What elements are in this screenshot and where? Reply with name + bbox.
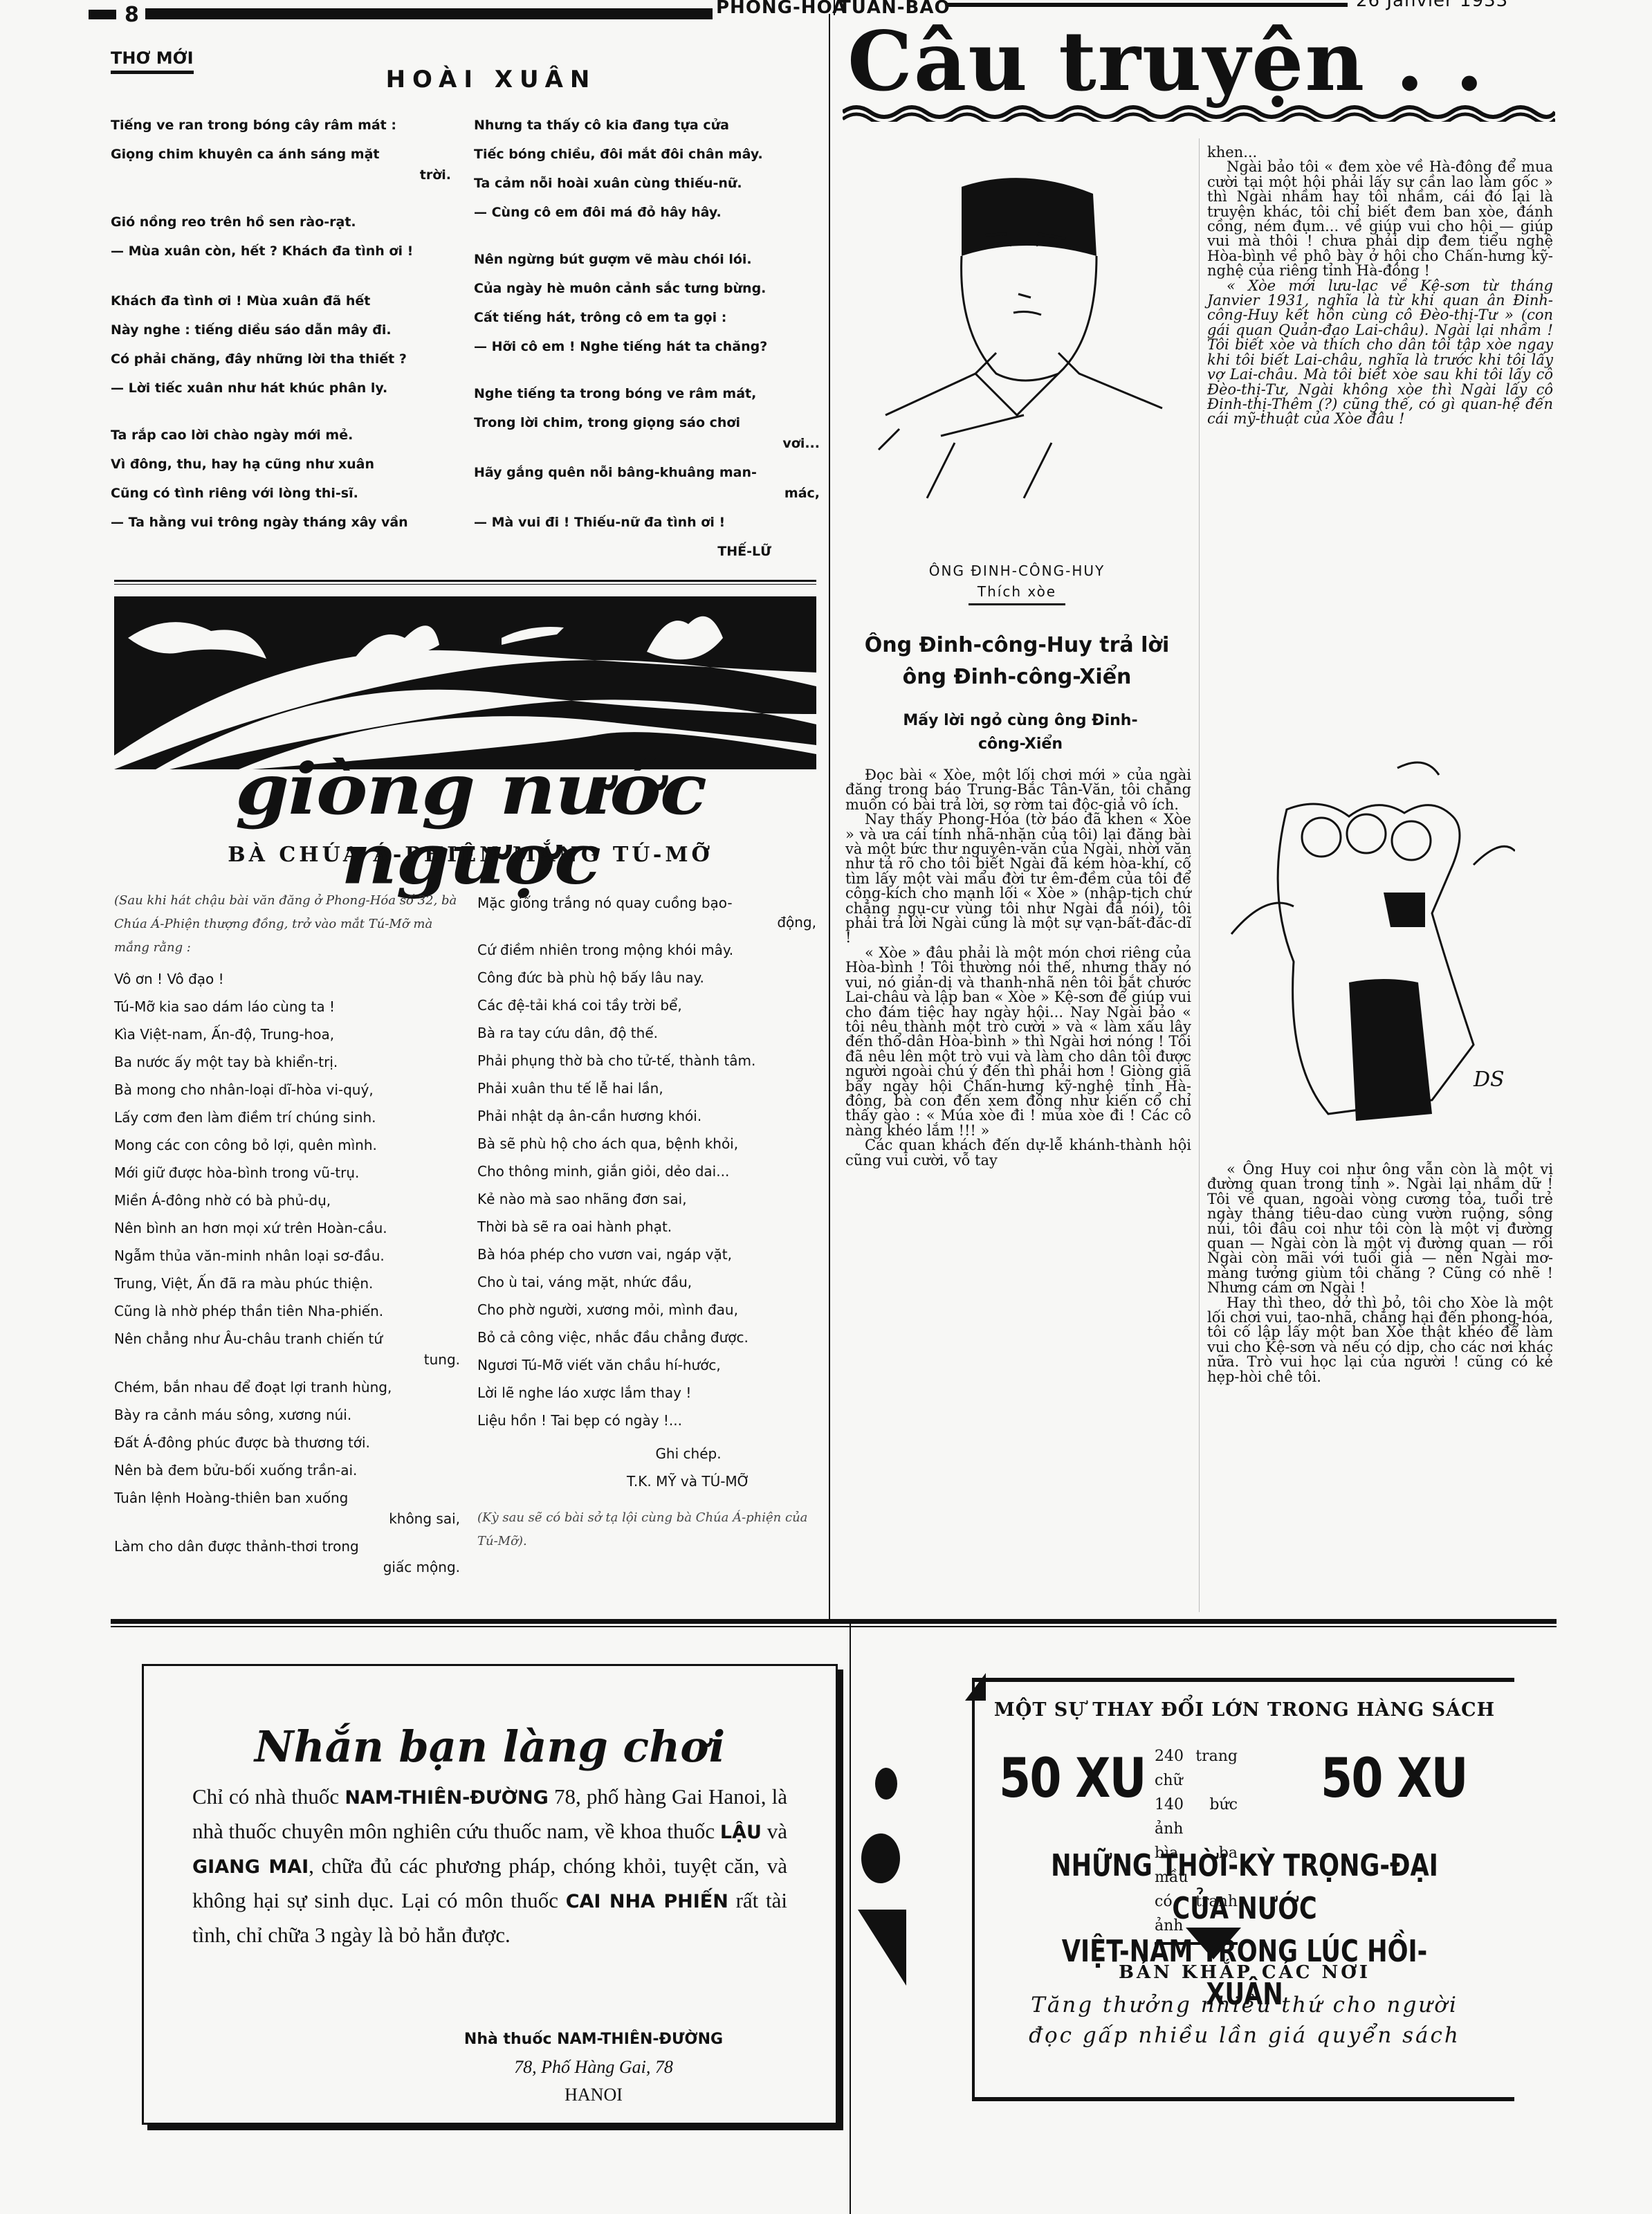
stanza: Ta rắp cao lời chào ngày mới mẻ. Vì đông…	[111, 421, 451, 537]
verse-line: — Hỡi cô em ! Nghe tiếng hát ta chăng?	[474, 332, 820, 361]
column-divider-thin	[1199, 138, 1200, 1612]
ad-text: và	[762, 1819, 787, 1843]
banner-illustration-waves	[114, 596, 816, 769]
ad-pharmacy: Nhắn bạn làng chơi Chỉ có nhà thuốc NAM-…	[142, 1664, 838, 2125]
ad-book-bonus-line2: đọc gấp nhiều lần giá quyển sách	[975, 2020, 1514, 2051]
paragraph: « Xòe » đâu phải là một món chơi riêng c…	[845, 946, 1191, 1138]
verse-line: — Cùng cô em đôi má đỏ hây hây.	[474, 198, 820, 227]
paragraph: « Ông Huy coi như ông vẫn còn là một vị …	[1207, 1162, 1553, 1296]
verse-line: Phải xuân thu tế lễ hai lần,	[477, 1074, 816, 1102]
closing-note: (Kỳ sau sẽ có bài sở tạ lội cùng bà Chúa…	[477, 1506, 816, 1553]
article-column-2: khen... Ngài bảo tôi « đem xòe về Hà-đôn…	[1207, 145, 1553, 427]
credit-authors: T.K. MỸ và TÚ-MỠ	[477, 1467, 816, 1495]
spec-line: 240 trang chữ	[1155, 1744, 1238, 1793]
verse-line: Lời lẽ nghe láo xược lắm thay !	[477, 1379, 816, 1407]
ad-text-bold: LẬU	[720, 1822, 762, 1843]
column-subtitle: BÀ CHÚA Á-PHIỆN MẮNG TÚ-MỠ	[194, 843, 747, 867]
stanza: Tiếng ve ran trong bóng cây râm mát : Gi…	[111, 111, 451, 190]
ad-pharmacy-title: Nhắn bạn làng chơi	[144, 1721, 836, 1772]
verse-line: Lấy cơm đen làm điềm trí chúng sinh.	[114, 1104, 460, 1131]
verse-line: Đất Á-đông phúc được bà thương tới.	[114, 1429, 460, 1456]
ad-book-bonus-line1: Tăng thưởng nhiều thứ cho người	[975, 1990, 1514, 2020]
circle-ornament-icon	[861, 1833, 900, 1883]
down-triangle-icon	[1186, 1928, 1241, 1959]
poem-author: THẾ-LỮ	[474, 537, 820, 566]
verse-line: Bỏ cả công việc, nhắc đầu chẳng được.	[477, 1324, 816, 1351]
masthead-bar-left-stub	[89, 10, 116, 19]
verse-line: Mong các con công bỏ lợi, quên mình.	[114, 1131, 460, 1159]
stanza: Nghe tiếng ta trong bóng ve râm mát, Tro…	[474, 379, 820, 566]
verse-line: Vô ơn ! Vô đạo !	[114, 965, 460, 993]
ad-pharmacy-city: HANOI	[455, 2081, 732, 2109]
caption-rule	[969, 603, 1065, 605]
ad-pharmacy-signature: Nhà thuốc NAM-THIÊN-ĐƯỜNG 78, Phố Hàng G…	[455, 2026, 732, 2109]
ad-text-bold: CAI NHA PHIẾN	[566, 1891, 728, 1912]
verse-line: Chém, bắn nhau để đoạt lợi tranh hùng,	[114, 1373, 460, 1401]
verse-line: Bà ra tay cứu dân, độ thế.	[477, 1019, 816, 1047]
article-title: Ông Đinh-công-Huy trả lời ông Đinh-công-…	[847, 630, 1186, 693]
verse-line: Vì đông, thu, hay hạ cũng như xuân	[111, 450, 451, 479]
section-label-tho-moi: THƠ MỚI	[111, 48, 194, 74]
verse-line: Bà hóa phép cho vươn vai, ngáp vặt,	[477, 1241, 816, 1268]
ad-book-price-left: 50 XU	[999, 1748, 1146, 1810]
poem-column-right: Nhưng ta thấy cô kia đang tựa cửa Tiếc b…	[474, 111, 820, 584]
verse-line: Ta cảm nỗi hoài xuân cùng thiếu-nữ.	[474, 169, 820, 198]
ad-book-headline: MỘT SỰ THAY ĐỔI LỚN TRONG HÀNG SÁCH	[975, 1699, 1514, 1721]
spec-line: 140 bức ảnh	[1155, 1793, 1238, 1841]
verse-line: Ngươi Tú-Mỡ viết văn chầu hí-hước,	[477, 1351, 816, 1379]
khan-hat-icon	[962, 178, 1096, 256]
verse-line: Của ngày hè muôn cảnh sắc tưng bừng.	[474, 274, 820, 303]
verse-line: Kìa Việt-nam, Ấn-độ, Trung-hoa,	[114, 1021, 460, 1048]
masthead-divider	[834, 0, 835, 15]
verse-line: Ba nước ấy một tay bà khiển-trị.	[114, 1048, 460, 1076]
verse-line: Nghe tiếng ta trong bóng ve râm mát,	[474, 379, 820, 408]
column-divider	[829, 14, 830, 1619]
ad-pharmacy-name: Nhà thuốc NAM-THIÊN-ĐƯỜNG	[455, 2026, 732, 2053]
masthead-rule-left	[145, 8, 713, 19]
verse-line: Này nghe : tiếng diều sáo dẫn mây đi.	[111, 315, 451, 345]
poem-column-left: Tiếng ve ran trong bóng cây râm mát : Gi…	[111, 111, 451, 555]
verse-line: Thời bà sẽ ra oai hành phạt.	[477, 1213, 816, 1241]
verse-line: Miền Á-đông nhờ có bà phủ-dụ,	[114, 1187, 460, 1214]
ad-divider	[850, 1622, 851, 2214]
credit-line: Ghi chép.	[477, 1440, 816, 1467]
article-column-2b: « Ông Huy coi như ông vẫn còn là một vị …	[1207, 1162, 1553, 1384]
verse-line: Mới giữ được hòa-bình trong vũ-trụ.	[114, 1159, 460, 1187]
verse-line: Kẻ nào mà sao nhãng đơn sai,	[477, 1185, 816, 1213]
ad-text-bold: GIANG MAI	[192, 1856, 309, 1878]
verse-line: Ta rắp cao lời chào ngày mới mẻ.	[111, 421, 451, 450]
bottom-rule-thin	[111, 1626, 1557, 1627]
triangle-ornament-icon	[858, 1910, 906, 1986]
verse-line: Bà mong cho nhân-loại dĩ-hòa vi-quý,	[114, 1076, 460, 1104]
intro-note: (Sau khi hát chậu bài văn đăng ở Phong-H…	[114, 889, 460, 960]
stanza: Nhưng ta thấy cô kia đang tựa cửa Tiếc b…	[474, 111, 820, 227]
verse-line: Cho ù tai, váng mặt, nhức đầu,	[477, 1268, 816, 1296]
article-column-1: Đọc bài « Xòe, một lối chơi mới » của ng…	[845, 768, 1191, 1168]
ad-book-sold-everywhere: BÁN KHẮP CÁC NƠI	[975, 1962, 1514, 1983]
paragraph: Hay thì theo, dở thì bỏ, tôi cho Xòe là …	[1207, 1296, 1553, 1384]
verse-line: Có phải chăng, đây những lời tha thiết ?	[111, 345, 451, 374]
verse-line: Phải nhật dạ ân-cần hương khói.	[477, 1102, 816, 1130]
section-divider	[114, 580, 816, 585]
verse-line: Các đệ-tải khá coi tầy trời bể,	[477, 991, 816, 1019]
portrait-illustration	[858, 152, 1176, 540]
verse-line: Cũng có tình riêng với lòng thi-sĩ.	[111, 479, 451, 508]
article-subtitle: Mấy lời ngỏ cùng ông Đinh-công-Xiển	[885, 709, 1155, 756]
verse-line: Bày ra cảnh máu sông, xương núi.	[114, 1401, 460, 1429]
verse-line: Ngẫm thủa văn-minh nhân loại sơ-đầu.	[114, 1242, 460, 1270]
verse-line: Liệu hồn ! Tai bẹp có ngày !...	[477, 1407, 816, 1434]
stanza: Khách đa tình ơi ! Mùa xuân đã hết Này n…	[111, 286, 451, 403]
ad-pharmacy-address: 78, Phố Hàng Gai, 78	[455, 2053, 732, 2081]
verse-line: — Mùa xuân còn, hết ? Khách đa tình ơi !	[111, 237, 451, 266]
verse-line: Nên bình an hơn mọi xứ trên Hoàn-cầu.	[114, 1214, 460, 1242]
verse-line: Khách đa tình ơi ! Mùa xuân đã hết	[111, 286, 451, 315]
paragraph: Nay thấy Phong-Hóa (tờ báo đã khen « Xòe…	[845, 812, 1191, 946]
verse-line: — Lời tiếc xuân như hát khúc phân ly.	[111, 374, 451, 403]
portrait-name: ÔNG ĐINH-CÔNG-HUY	[929, 562, 1105, 579]
stanza: Gió nồng reo trên hồ sen rào-rạt. — Mùa …	[111, 208, 451, 266]
verse-line: — Ta hằng vui trông ngày tháng xây vần	[111, 508, 451, 537]
verse-line: — Mà vui đi ! Thiếu-nữ đa tình ơi !	[474, 508, 820, 537]
verse-line: Cũng là nhờ phép thần tiên Nha-phiến.	[114, 1297, 460, 1325]
bottom-rule	[111, 1619, 1557, 1624]
verse-line: Phải phụng thờ bà cho tử-tế, thành tâm.	[477, 1047, 816, 1074]
verse-line: Trung, Việt, Ấn đã ra màu phúc thiện.	[114, 1270, 460, 1297]
verse-line: Cứ điềm nhiên trong mộng khói mây.	[477, 936, 816, 964]
verse-line: Nên ngừng bút gượm vẽ màu chói lói.	[474, 245, 820, 274]
masthead-paper-name-left: PHONG-HÓA	[716, 0, 847, 18]
paragraph: khen...	[1207, 145, 1553, 160]
paragraph: Ngài bảo tôi « đem xòe về Hà-đông để mua…	[1207, 160, 1553, 278]
verse-column-right: Mặc giống trắng nó quay cuồng bạo- động,…	[477, 889, 816, 1553]
verse-line: Cho phờ người, xương mỏi, mình đau,	[477, 1296, 816, 1324]
ad-text: Chỉ có nhà thuốc	[192, 1784, 345, 1809]
portrait-caption: ÔNG ĐINH-CÔNG-HUY Thích xòe	[837, 560, 1197, 602]
paragraph: « Xòe mới lưu-lạc về Kệ-sơn từ tháng Jan…	[1207, 279, 1553, 427]
ad-book: MỘT SỰ THAY ĐỔI LỚN TRONG HÀNG SÁCH 50 X…	[972, 1678, 1514, 2101]
page-number: 8	[125, 3, 139, 27]
verse-column-left: (Sau khi hát chậu bài văn đăng ở Phong-H…	[114, 889, 460, 1581]
ad-text-bold: NAM-THIÊN-ĐƯỜNG	[345, 1787, 548, 1809]
masthead-rule-right	[946, 3, 1348, 7]
stanza: Nên ngừng bút gượm vẽ màu chói lói. Của …	[474, 245, 820, 361]
portrait-subcaption: Thích xòe	[837, 581, 1197, 602]
verse-line: Cất tiếng hát, trông cô em ta gọi :	[474, 303, 820, 332]
verse-line: Nên bà đem bửu-bối xuống trần-ai.	[114, 1456, 460, 1484]
paragraph: Đọc bài « Xòe, một lối chơi mới » của ng…	[845, 768, 1191, 812]
verse-line: Gió nồng reo trên hồ sen rào-rạt.	[111, 208, 451, 237]
circle-ornament-icon	[875, 1768, 897, 1800]
artist-signature: DS	[1473, 1068, 1505, 1092]
banner-title: giòng nước ngược	[114, 755, 827, 895]
verse-line: Tiếc bóng chiều, đôi mắt đôi chân mây.	[474, 140, 820, 169]
ad-book-title-line1: NHỮNG THỜI-KỲ TRỌNG-ĐẠI CỦA NƯỚC	[1029, 1845, 1460, 1930]
poem-title: HOÀI XUÂN	[318, 66, 664, 93]
ad-book-bonus: Tăng thưởng nhiều thứ cho người đọc gấp …	[975, 1990, 1514, 2051]
masthead-date: 26 Janvier 1933	[1356, 0, 1508, 11]
story-header: Câu truyện . .	[847, 21, 1485, 102]
paragraph: Các quan khách đến dự-lễ khánh-thành hội…	[845, 1138, 1191, 1168]
verse-line: Nhưng ta thấy cô kia đang tựa cửa	[474, 111, 820, 140]
verse-line: Bà sẽ phù hộ cho ách qua, bệnh khỏi,	[477, 1130, 816, 1158]
verse-line: Công đức bà phù hộ bấy lâu nay.	[477, 964, 816, 991]
verse-line: Tú-Mỡ kia sao dám láo cùng ta !	[114, 993, 460, 1021]
verse-line: Cho thông minh, giắn giỏi, dẻo dai...	[477, 1158, 816, 1185]
verse-line: Tiếng ve ran trong bóng cây râm mát :	[111, 111, 451, 140]
waves-woodcut-icon	[114, 596, 816, 769]
xoe-dancers-illustration: DS	[1224, 754, 1515, 1142]
wavy-rule-icon	[843, 102, 1555, 122]
ad-pharmacy-body: Chỉ có nhà thuốc NAM-THIÊN-ĐƯỜNG 78, phố…	[192, 1780, 787, 1952]
ad-book-price-right: 50 XU	[1321, 1748, 1467, 1810]
